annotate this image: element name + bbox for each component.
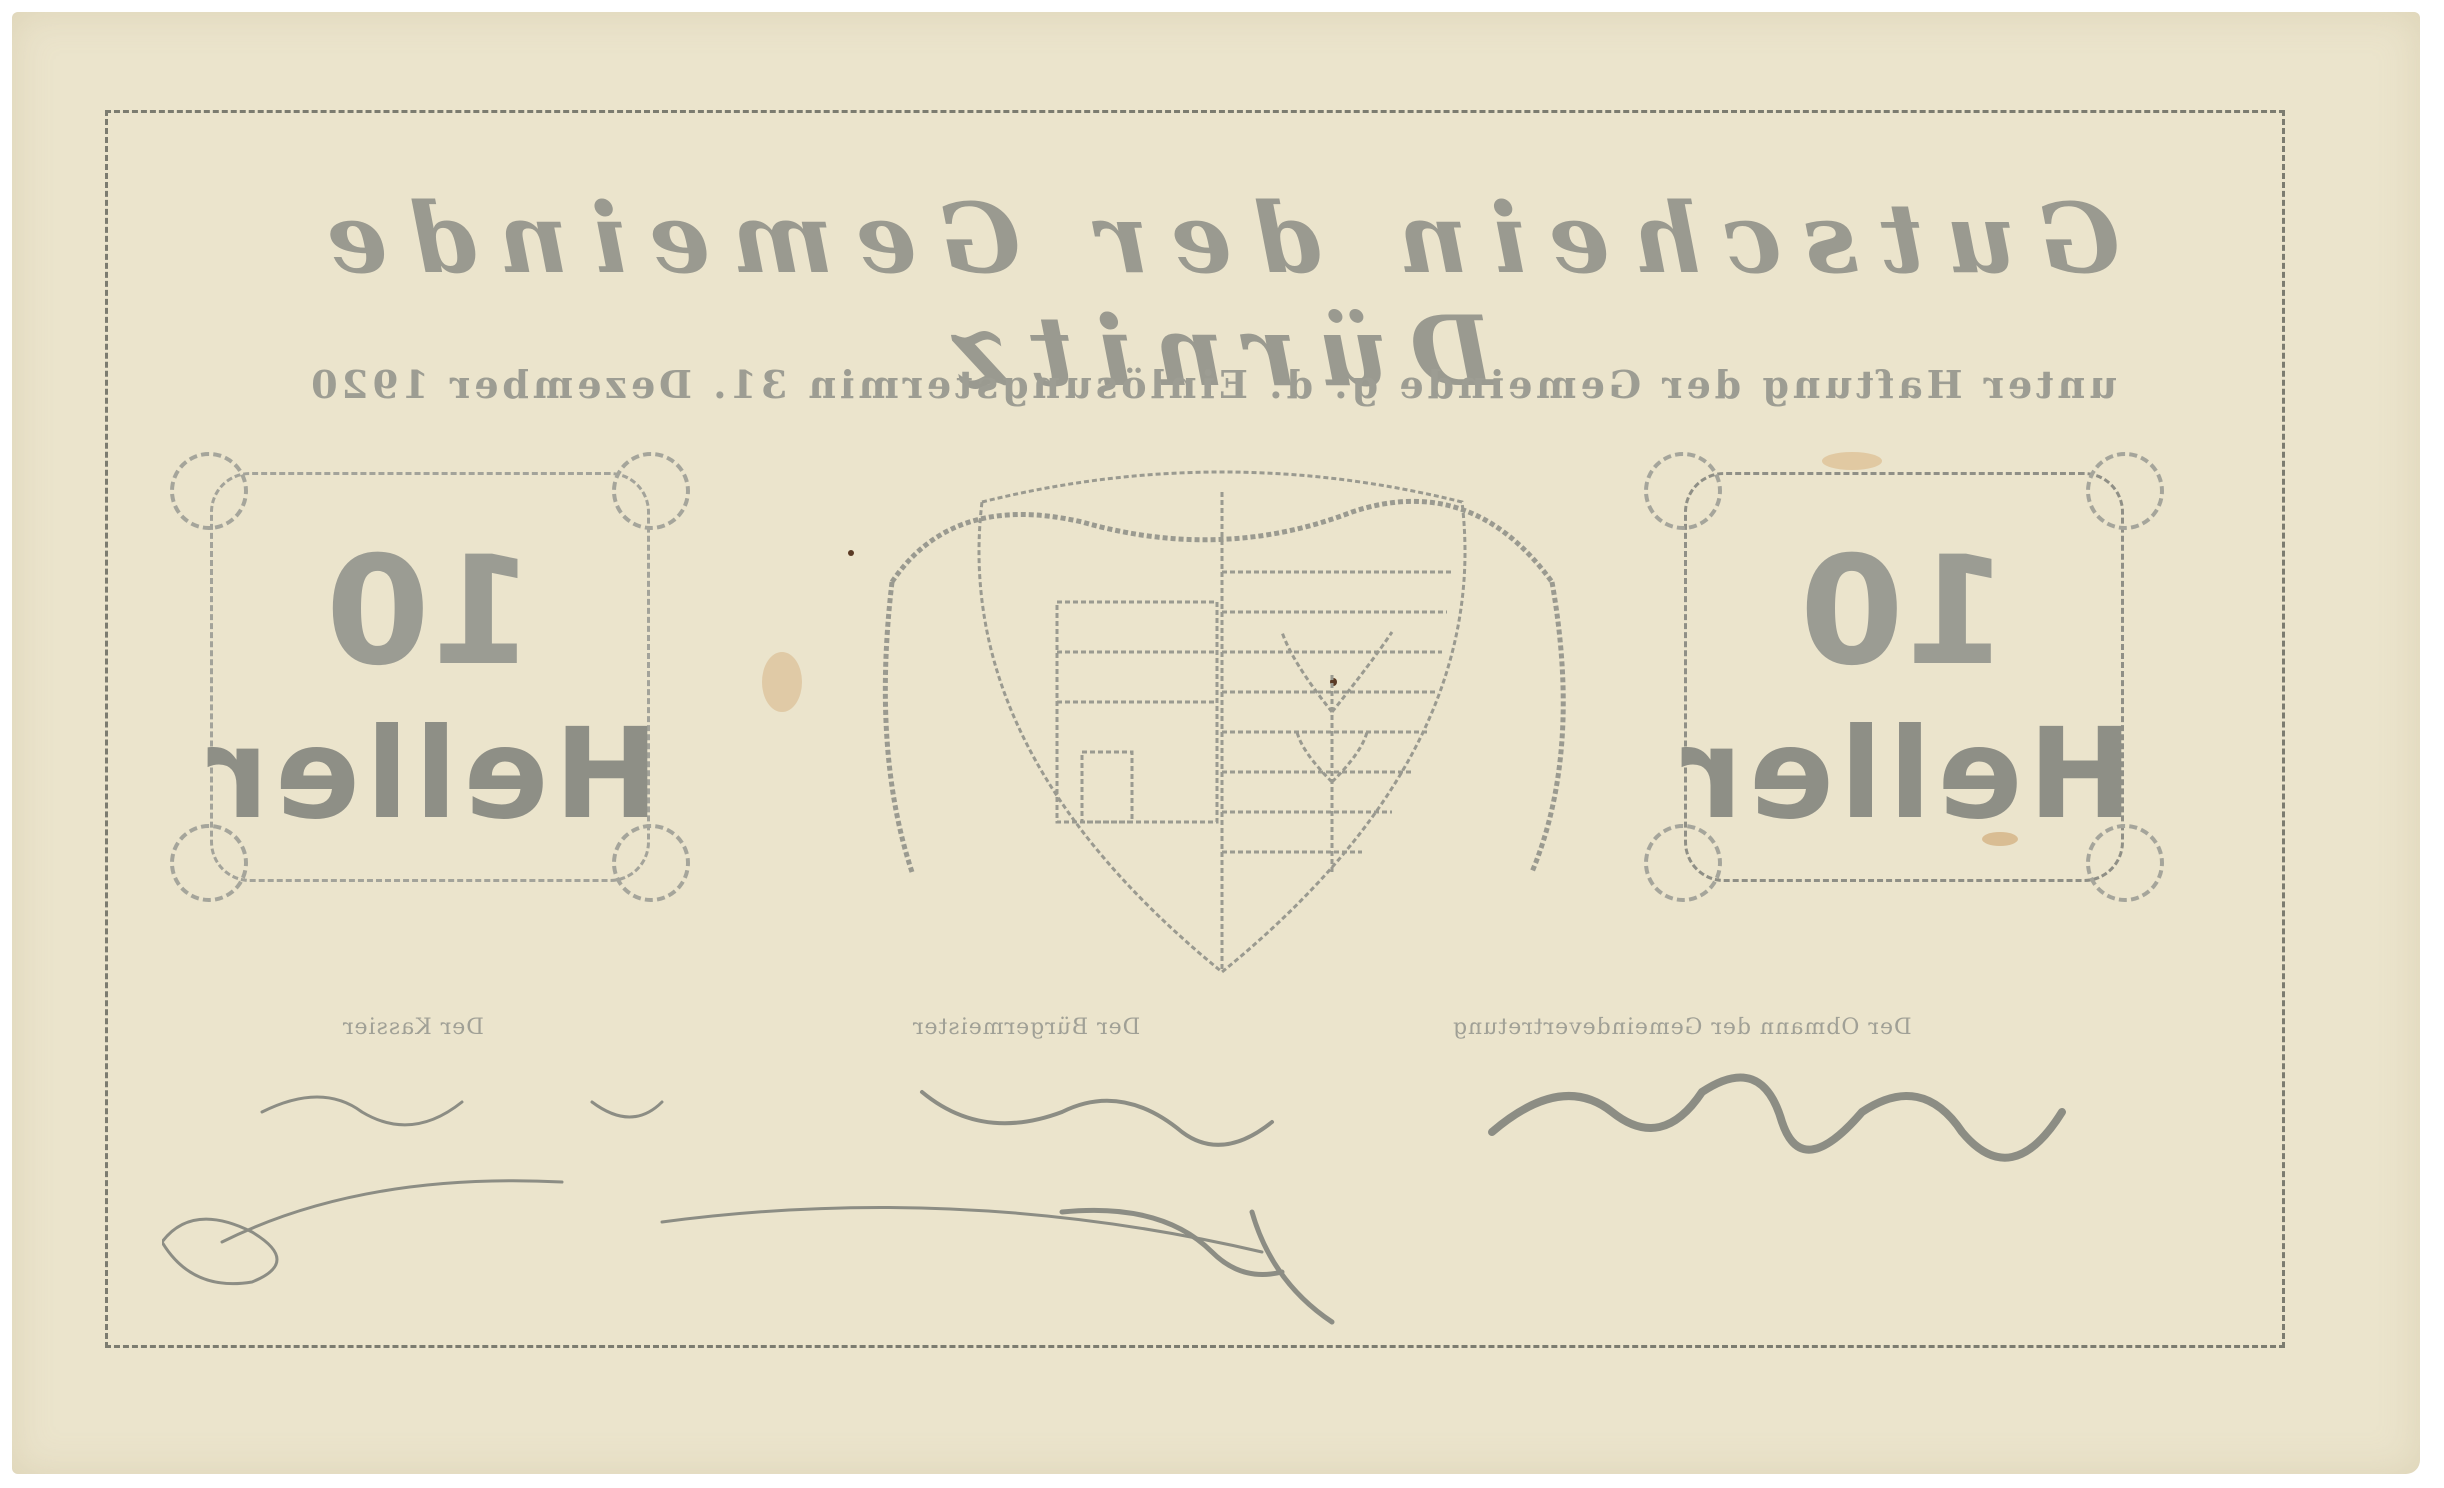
denomination-value: 10 <box>150 537 710 687</box>
scroll-ornament-icon <box>612 452 690 530</box>
scroll-ornament-icon <box>170 452 248 530</box>
signatures-drawing <box>162 1052 2262 1332</box>
coat-of-arms-icon <box>832 452 1612 992</box>
signature-label-mayor: Der Bürgermeister <box>912 1015 1140 1040</box>
denomination-unit: Heller <box>1624 712 2184 837</box>
denomination-unit: Heller <box>150 712 710 837</box>
signature-label-treasurer: Der Kassier <box>342 1015 484 1040</box>
signature-label-chairman: Der Obmann der Gemeindevertretung <box>1452 1015 1912 1040</box>
subtitle-text: unter Haftung der Gemeinde g. d. Einlösu… <box>152 362 2272 407</box>
denomination-panel-left: 10 Heller <box>150 442 710 912</box>
denomination-panel-right: 10 Heller <box>1624 442 2184 912</box>
denomination-value: 10 <box>1624 537 2184 687</box>
scroll-ornament-icon <box>2086 452 2164 530</box>
scroll-ornament-icon <box>1644 452 1722 530</box>
banknote-paper: Gutschein der Gemeinde Dürnitz unter Haf… <box>12 12 2420 1474</box>
